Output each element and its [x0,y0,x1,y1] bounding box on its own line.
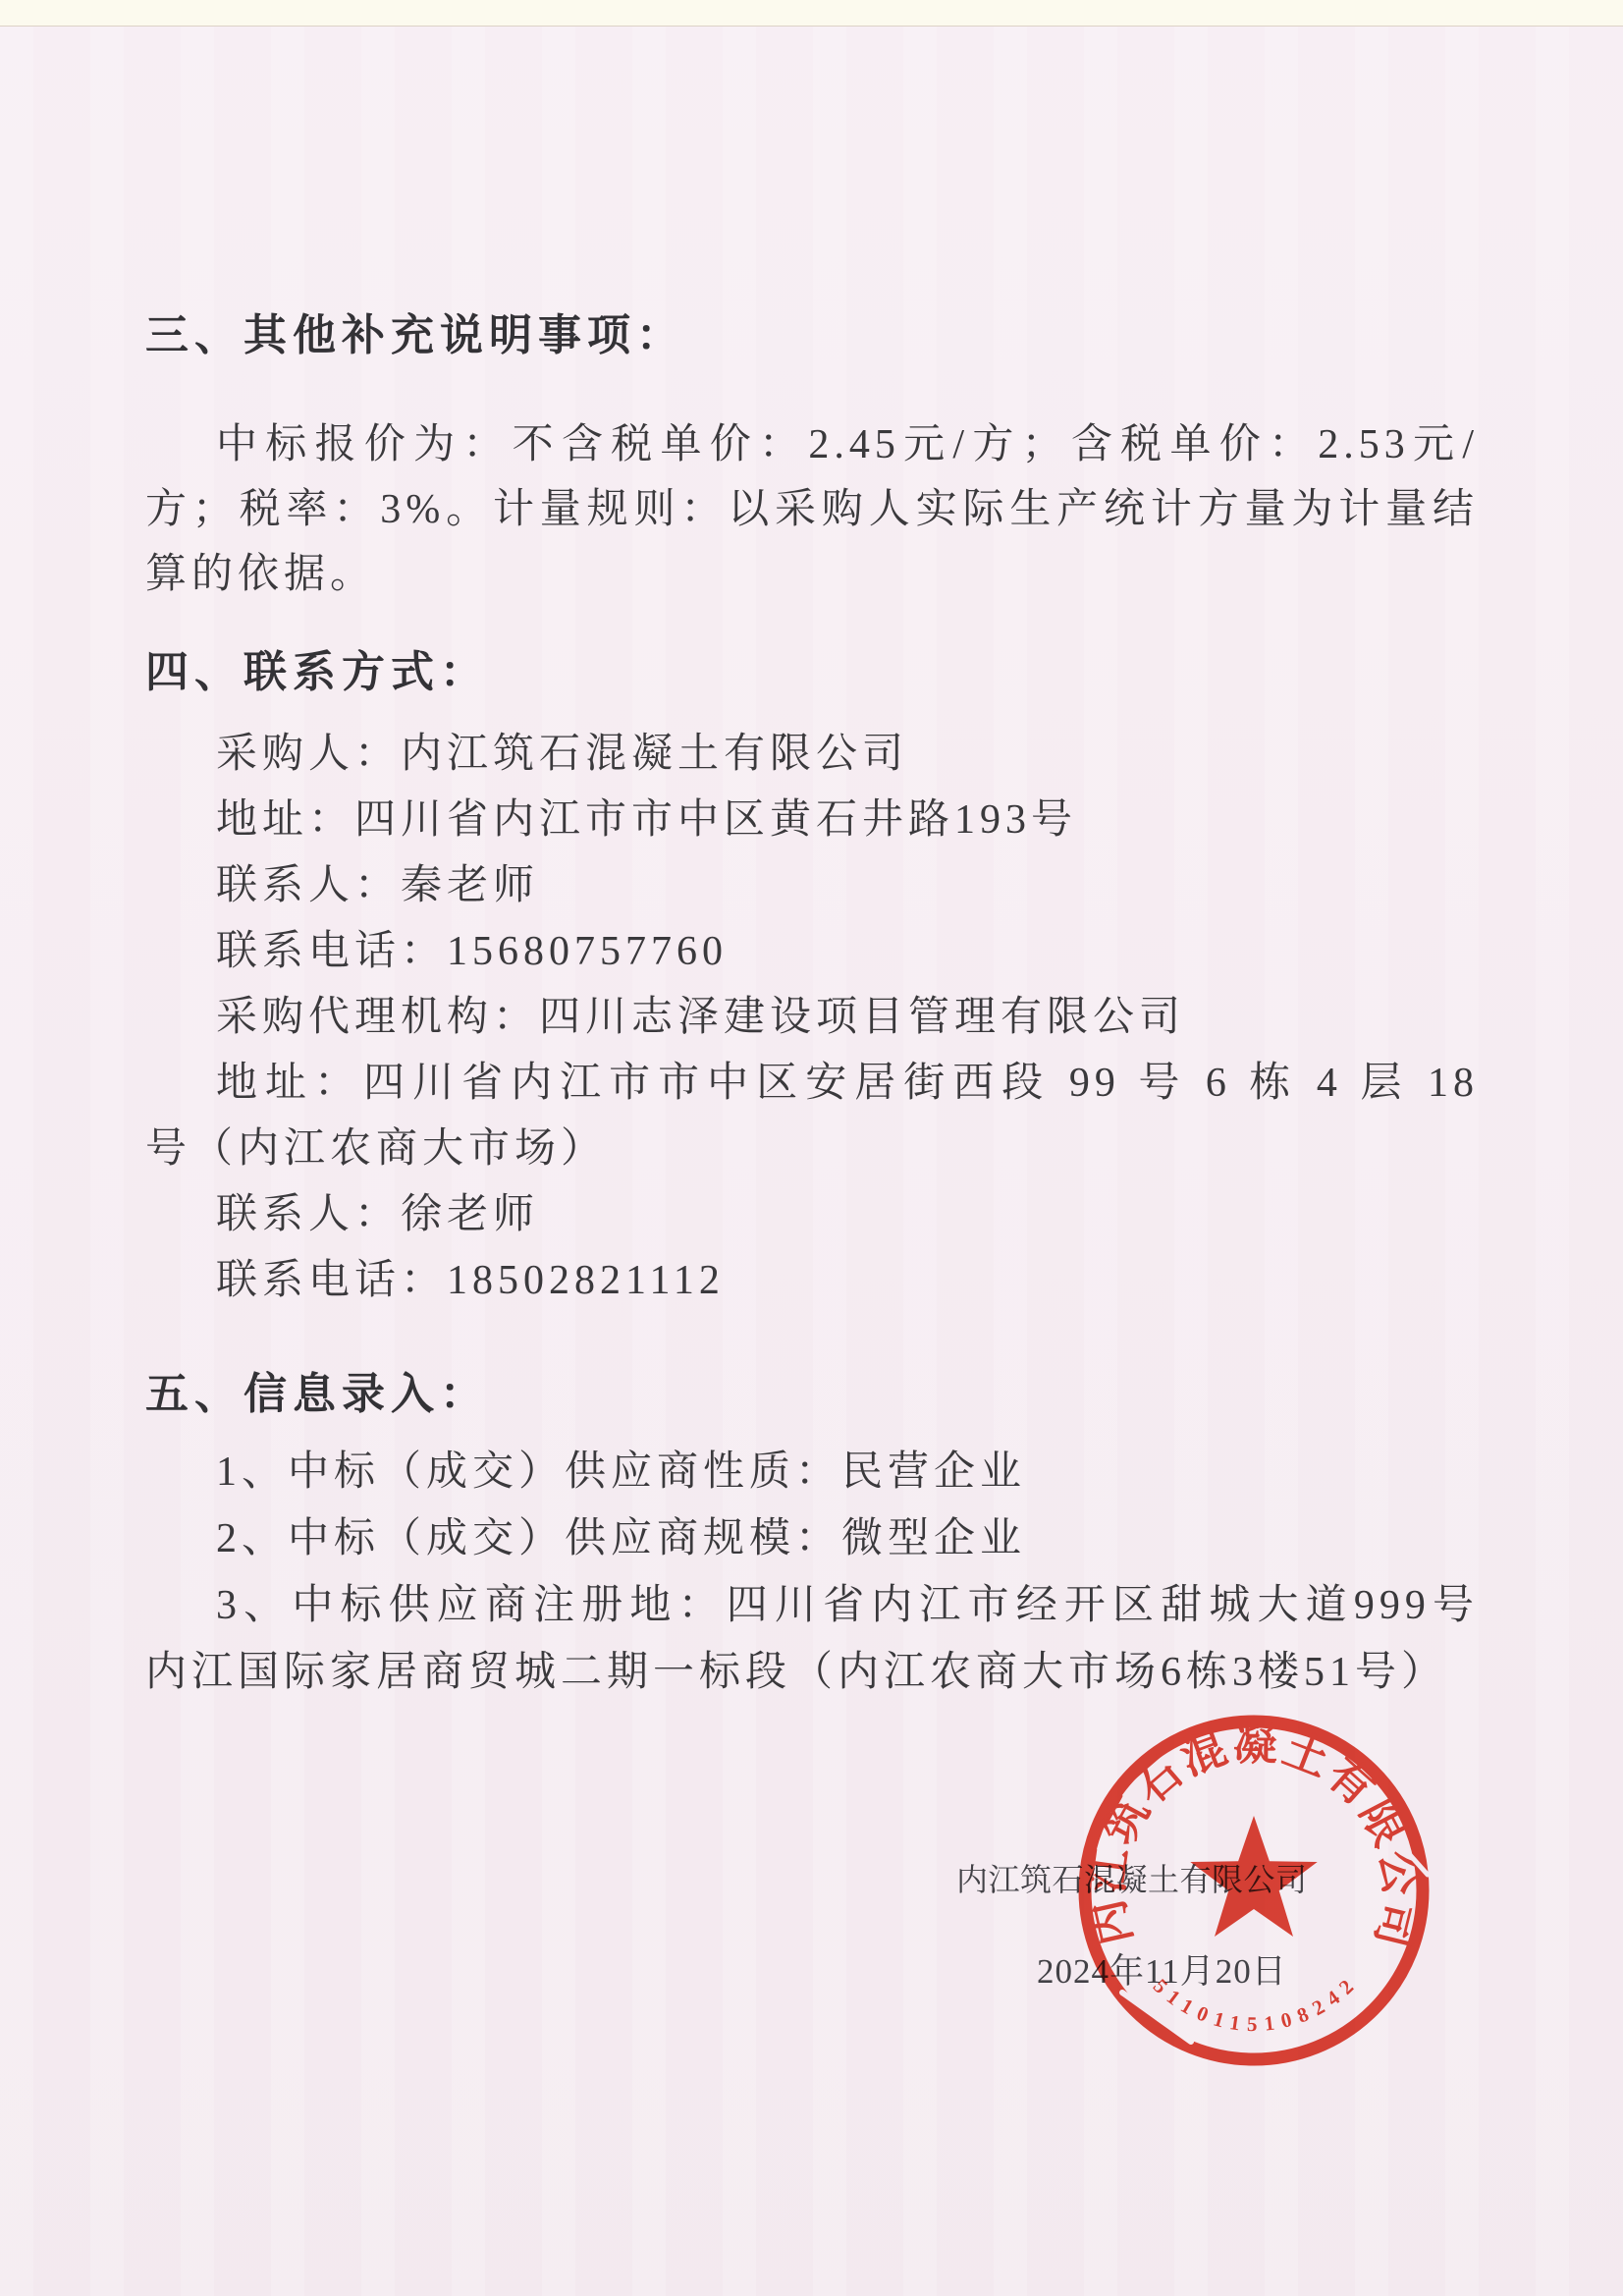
info-entry-list: 1、中标（成交）供应商性质：民营企业 2、中标（成交）供应商规模：微型企业 3、… [145,1439,1479,1706]
scanned-document-page: 三、其他补充说明事项： 中标报价为：不含税单价：2.45元/方；含税单价：2.5… [0,0,1623,2296]
purchaser-line: 采购人：内江筑石混凝土有限公司 [145,722,1479,788]
section5-heading: 五、信息录入： [145,1369,1479,1420]
seal-star-icon [1190,1816,1317,1937]
purchaser-phone-line: 联系电话：15680757760 [145,919,1479,985]
text-line: 中标报价为：不含税单价：2.45元/方；含税单价：2.53元/ [145,412,1479,477]
section4-heading: 四、联系方式： [145,647,1479,698]
company-seal: 内江筑石混凝土有限公司 5110115108242 [1065,1702,1442,2079]
supplier-registered-address-line-1: 3、中标供应商注册地：四川省内江市经开区甜城大道999号 [145,1572,1479,1639]
section3-paragraph: 中标报价为：不含税单价：2.45元/方；含税单价：2.53元/ 方；税率：3%。… [145,412,1479,607]
agency-phone-line: 联系电话：18502821112 [145,1248,1479,1314]
supplier-nature-line: 1、中标（成交）供应商性质：民营企业 [145,1439,1479,1505]
agency-line: 采购代理机构：四川志泽建设项目管理有限公司 [145,985,1479,1051]
seal-serial-number: 5110115108242 [1149,1974,1358,2036]
agency-address-line-2: 号（内江农商大市场） [145,1117,1479,1182]
document-body: 三、其他补充说明事项： 中标报价为：不含税单价：2.45元/方；含税单价：2.5… [145,0,1479,1706]
supplier-registered-address-line-2: 内江国际家居商贸城二期一标段（内江农商大市场6栋3楼51号） [145,1639,1479,1706]
contact-list: 采购人：内江筑石混凝土有限公司 地址：四川省内江市市中区黄石井路193号 联系人… [145,722,1479,1314]
agency-contact-line: 联系人：徐老师 [145,1182,1479,1248]
section3-heading: 三、其他补充说明事项： [145,0,1479,361]
purchaser-address-line: 地址：四川省内江市市中区黄石井路193号 [145,788,1479,853]
purchaser-contact-line: 联系人：秦老师 [145,853,1479,919]
text-line: 算的依据。 [145,542,1479,607]
text-line: 方；税率：3%。计量规则：以采购人实际生产统计方量为计量结 [145,477,1479,542]
supplier-scale-line: 2、中标（成交）供应商规模：微型企业 [145,1505,1479,1572]
agency-address-line-1: 地址：四川省内江市市中区安居街西段 99 号 6 栋 4 层 18 [145,1051,1479,1117]
